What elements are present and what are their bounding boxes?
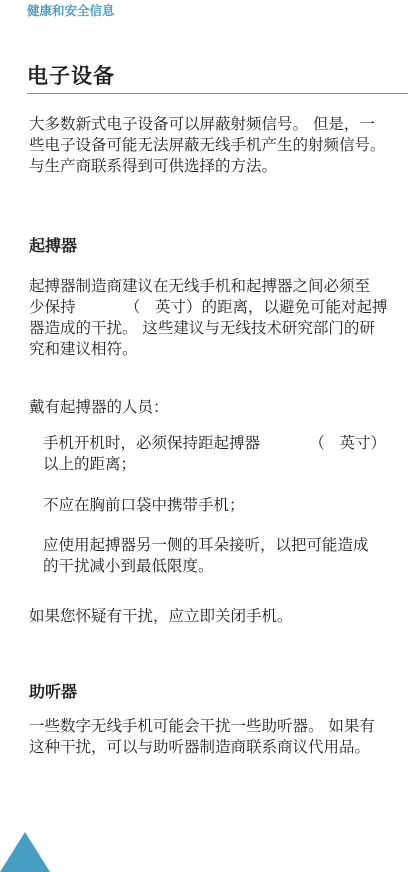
text-line: 究和建议相符。 [29, 339, 409, 360]
text-line: 这种干扰，可以与助听器制造商联系商议代用品。 [29, 737, 409, 758]
electronic-devices-paragraph: 大多数新式电子设备可以屏蔽射频信号。 但是，一 些电子设备可能无法屏蔽无线手机产… [29, 114, 409, 177]
text-line: 不应在胸前口袋中携带手机； [43, 495, 409, 516]
subhead-pacemakers: 起搏器 [29, 233, 77, 256]
text-line: 应使用起搏器另一侧的耳朵接听，以把可能造成 [43, 535, 409, 556]
text-line: 少保持 （ 英寸）的距离，以避免可能对起搏 [29, 297, 409, 318]
pacemaker-item-3: 应使用起搏器另一侧的耳朵接听，以把可能造成 的干扰减小到最低限度。 [43, 535, 409, 577]
pacemaker-wearers-intro: 戴有起搏器的人员： [29, 397, 409, 418]
pacemakers-paragraph: 起搏器制造商建议在无线手机和起搏器之间必须至 少保持 （ 英寸）的距离，以避免可… [29, 276, 409, 360]
running-header: 健康和安全信息 [27, 1, 115, 19]
text-line: 以上的距离； [43, 454, 409, 475]
section-title-electronic-devices: 电子设备 [27, 60, 115, 90]
page-corner-triangle-icon [0, 832, 50, 872]
text-line: 大多数新式电子设备可以屏蔽射频信号。 但是，一 [29, 114, 409, 135]
text-line: 些电子设备可能无法屏蔽无线手机产生的射频信号。 [29, 135, 409, 156]
text-line: 与生产商联系得到可供选择的方法。 [29, 156, 409, 177]
pacemaker-item-2: 不应在胸前口袋中携带手机； [43, 495, 409, 516]
text-line: 的干扰减小到最低限度。 [43, 556, 409, 577]
interference-closing: 如果您怀疑有干扰，应立即关闭手机。 [29, 606, 409, 627]
text-line: 起搏器制造商建议在无线手机和起搏器之间必须至 [29, 276, 409, 297]
text-line: 戴有起搏器的人员： [29, 397, 409, 418]
text-line: 如果您怀疑有干扰，应立即关闭手机。 [29, 606, 409, 627]
subhead-hearing-aids: 助听器 [29, 679, 77, 702]
text-line: 手机开机时，必须保持距起搏器 （ 英寸） [43, 433, 409, 454]
text-line: 一些数字无线手机可能会干扰一些助听器。 如果有 [29, 716, 409, 737]
title-divider [27, 93, 408, 94]
hearing-aids-paragraph: 一些数字无线手机可能会干扰一些助听器。 如果有 这种干扰，可以与助听器制造商联系… [29, 716, 409, 758]
text-line: 器造成的干扰。 这些建议与无线技术研究部门的研 [29, 318, 409, 339]
pacemaker-item-1: 手机开机时，必须保持距起搏器 （ 英寸） 以上的距离； [43, 433, 409, 475]
